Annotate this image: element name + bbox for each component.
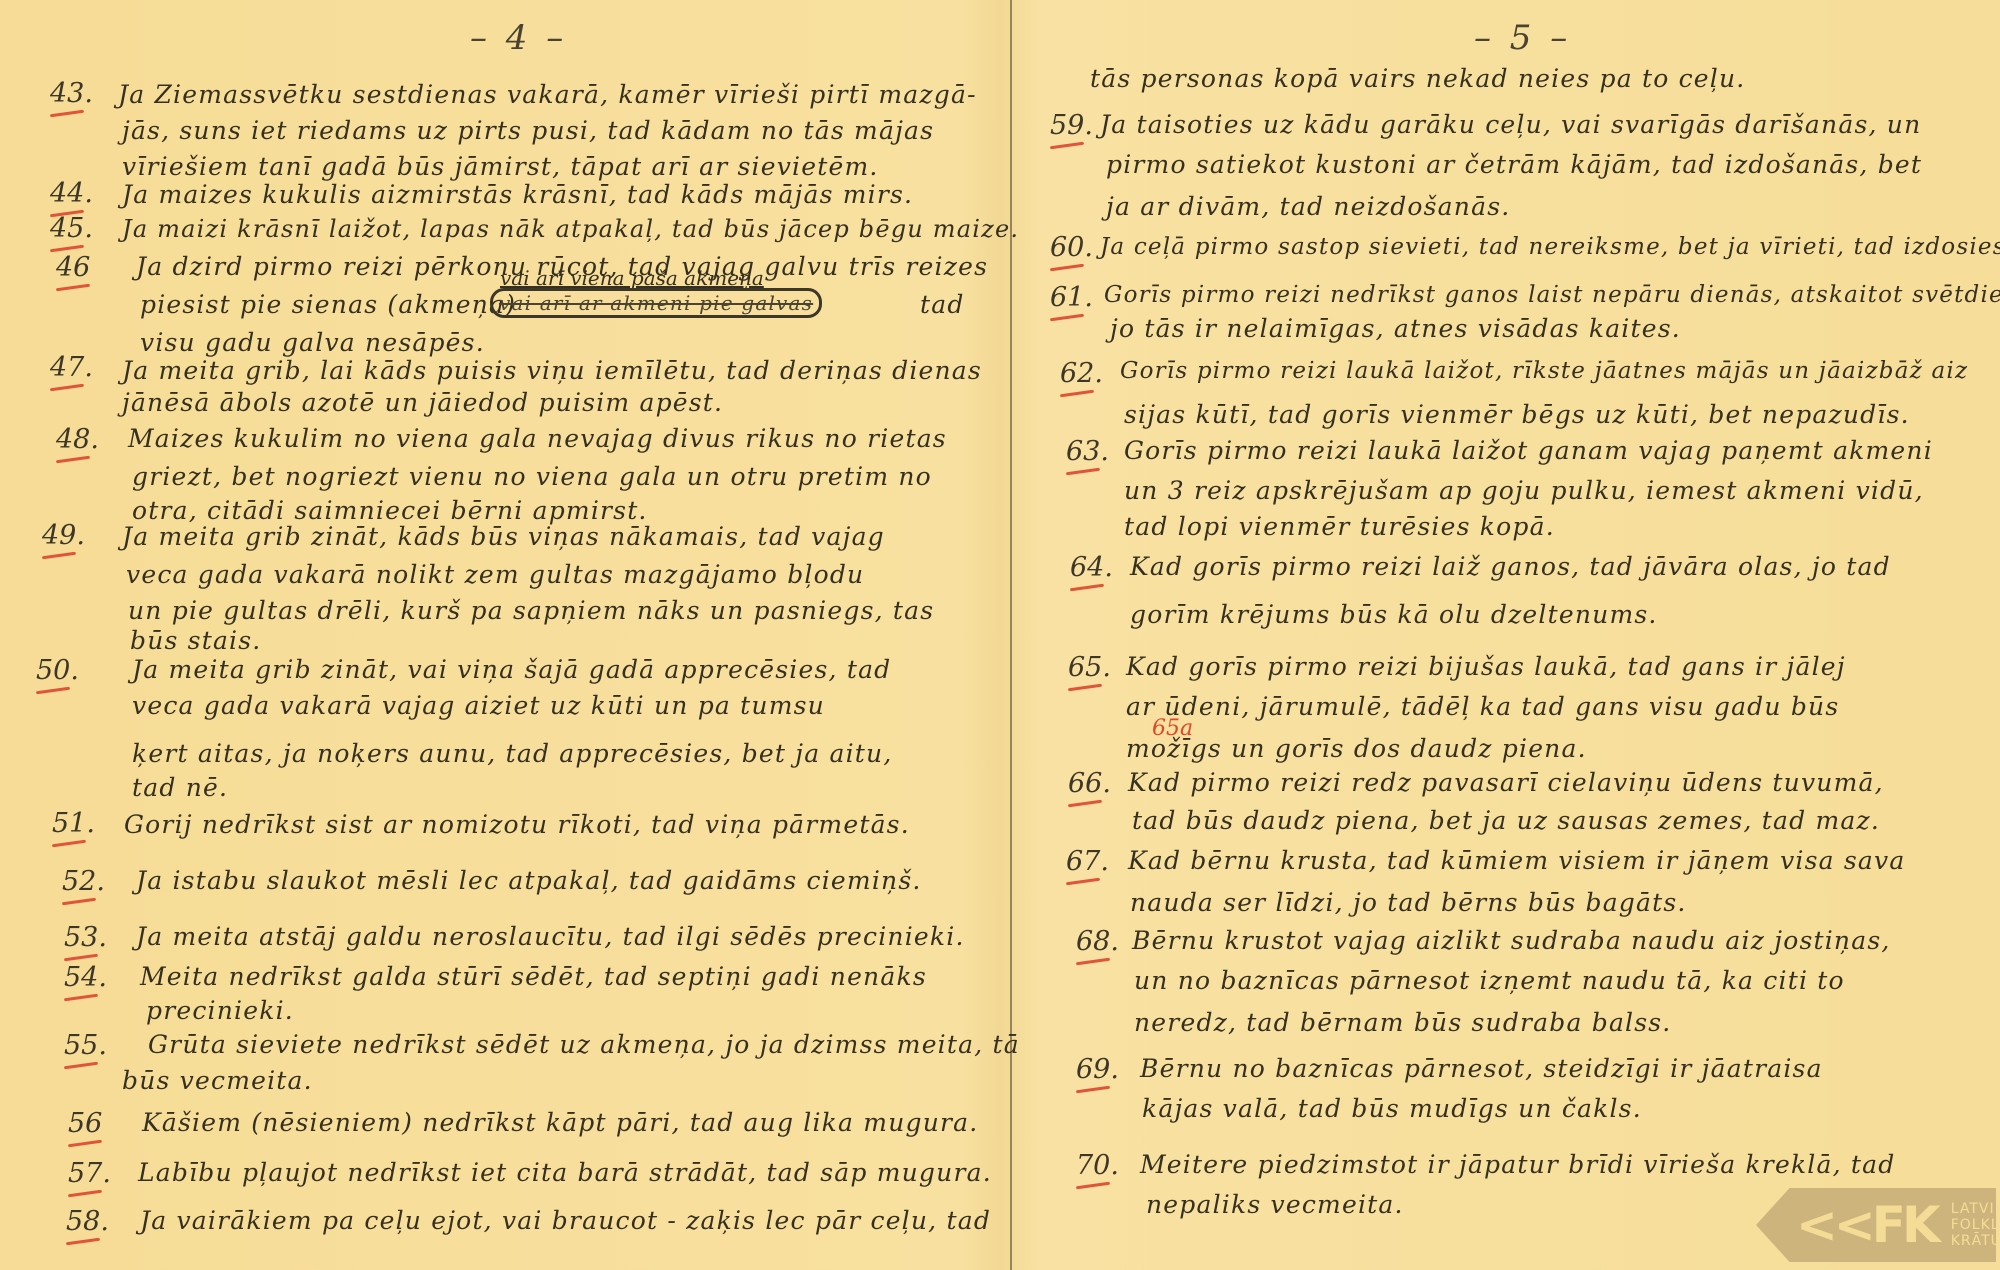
entry-line: veca gada vakarā vajag aiziet uz kūti un… — [132, 691, 825, 720]
entry-line: ar ūdeni, jārumulē, tādēļ ka tad gans vi… — [1126, 692, 1839, 721]
page-number: – 5 – — [1474, 18, 1571, 58]
entry-line: Kad gorīs pirmo reizi bijušas laukā, tad… — [1126, 652, 1846, 681]
entry-line: otra, citādi saimniecei bērni apmirst. — [132, 496, 648, 525]
entry-line: Meita nedrīkst galda stūrī sēdēt, tad se… — [140, 962, 927, 991]
entry-line: Kad bērnu krusta, tad kūmiem visiem ir j… — [1128, 846, 1905, 875]
entry-line: Ja taisoties uz kādu garāku ceļu, vai sv… — [1100, 110, 1921, 139]
inserted-text: vai arī viena paša akmeņa — [500, 266, 764, 290]
entry-line: pirmo satiekot kustoni ar četrām kājām, … — [1106, 150, 1922, 179]
entry-line: Ja ceļā pirmo sastop sievieti, tad nerei… — [1100, 234, 2000, 260]
entry-line: Bērnu no baznīcas pārnesot, steidzīgi ir… — [1140, 1054, 1823, 1083]
entry-line: Kad pirmo reizi redz pavasarī cielaviņu … — [1128, 768, 1884, 797]
entry-line: precinieki. — [146, 996, 294, 1025]
entry-line: jānēsā ābols azotē un jāiedod puisim apē… — [122, 388, 723, 417]
entry-number: 48. — [56, 424, 99, 455]
entry-line: visu gadu galva nesāpēs. — [140, 328, 485, 357]
archive-name-line: FOLKLORAS — [1951, 1217, 2000, 1233]
entry-line: Gorij nedrīkst sist ar nomizotu rīkoti, … — [124, 810, 910, 839]
entry-number: 52. — [62, 866, 105, 897]
entry-line: un 3 reiz apskrējušam ap goju pulku, iem… — [1124, 476, 1924, 505]
entry-number: 45. — [50, 213, 93, 244]
entry-line: ja ar divām, tad neizdošanās. — [1106, 192, 1510, 221]
entry-number: 68. — [1076, 926, 1119, 957]
entry-line: griezt, bet nogriezt vienu no viena gala… — [132, 462, 932, 491]
entry-line: būs vecmeita. — [122, 1066, 313, 1095]
entry-number: 67. — [1066, 846, 1109, 877]
entry-line: Gorīs pirmo reizi laukā laižot, rīkste j… — [1120, 358, 1968, 384]
archive-name: LATVIEŠU FOLKLORAS KRĀTUVE — [1951, 1201, 2000, 1249]
entry-line: jo tās ir nelaimīgas, atnes visādas kait… — [1110, 314, 1681, 343]
entry-line: Ja meita grib zināt, vai viņa šajā gadā … — [132, 655, 891, 684]
entry-line: Kāšiem (nēsieniem) nedrīkst kāpt pāri, t… — [142, 1108, 978, 1137]
archive-watermark-logo: <<FK LATVIEŠU FOLKLORAS KRĀTUVE — [1756, 1188, 1996, 1262]
entry-line: piesist pie sienas (akmeņa) — [140, 290, 516, 319]
entry-line: Gorīs pirmo reizi nedrīkst ganos laist n… — [1104, 282, 2000, 308]
entry-line: Ja Ziemassvētku sestdienas vakarā, kamēr… — [118, 80, 977, 109]
entry-line: veca gada vakarā nolikt zem gultas mazgā… — [126, 560, 864, 589]
entry-line: Ja vairākiem pa ceļu ejot, vai braucot -… — [140, 1206, 991, 1235]
entry-line: tad būs daudz piena, bet ja uz sausas ze… — [1132, 806, 1880, 835]
entry-number: 49. — [42, 520, 85, 551]
entry-line: un no baznīcas pārnesot izņemt naudu tā,… — [1134, 966, 1845, 995]
entry-line: Meitere piedzimstot ir jāpatur brīdi vīr… — [1140, 1150, 1895, 1179]
lfk-logo-icon: <<FK — [1796, 1196, 1937, 1254]
entry-line: gorīm krējums būs kā olu dzeltenums. — [1130, 600, 1658, 629]
entry-line: vīriešiem tanī gadā būs jāmirst, tāpat a… — [122, 152, 879, 181]
entry-line: Labību pļaujot nedrīkst iet cita barā st… — [138, 1158, 992, 1187]
entry-line: Ja meita grib, lai kāds puisis viņu iemī… — [122, 356, 982, 385]
entry-line: Grūta sieviete nedrīkst sēdēt uz akmeņa,… — [148, 1030, 1020, 1059]
entry-line: tad — [920, 290, 965, 319]
entry-line: Bērnu krustot vajag aizlikt sudraba naud… — [1132, 926, 1891, 955]
entry-line: un pie gultas drēli, kurš pa sapņiem nāk… — [128, 596, 934, 625]
entry-number: 51. — [52, 808, 95, 839]
entry-line: sijas kūtī, tad gorīs vienmēr bēgs uz kū… — [1124, 400, 1910, 429]
entry-line: Ja meita atstāj galdu neroslaucītu, tad … — [136, 922, 965, 951]
entry-number: 50. — [36, 655, 79, 686]
entry-number: 65. — [1068, 652, 1111, 683]
entry-number: 70. — [1076, 1150, 1119, 1181]
entry-line: tad lopi vienmēr turēsies kopā. — [1124, 512, 1555, 541]
continuation-line: tās personas kopā vairs nekad neies pa t… — [1090, 64, 1745, 93]
struck-out-text-wrap: vai arī ar akmeni pie galvas — [490, 288, 822, 318]
entry-number: 46 — [56, 252, 90, 283]
entry-number: 63. — [1066, 436, 1109, 467]
struck-out-text: vai arī ar akmeni pie galvas — [490, 288, 822, 318]
archive-name-line: KRĀTUVE — [1951, 1233, 2000, 1249]
entry-line: Ja maizes kukulis aizmirstās krāsnī, tad… — [122, 180, 913, 209]
right-page: – 5 – tās personas kopā vairs nekad neie… — [1014, 0, 2000, 1270]
entry-number: 62. — [1060, 358, 1103, 389]
entry-line: Gorīs pirmo reizi laukā laižot ganam vaj… — [1124, 436, 1933, 465]
entry-number: 64. — [1070, 552, 1113, 583]
entry-number: 56 — [68, 1108, 102, 1139]
entry-line: nauda ser līdzi, jo tad bērns būs bagāts… — [1130, 888, 1687, 917]
entry-line: tad nē. — [132, 773, 228, 802]
entry-number: 69. — [1076, 1054, 1119, 1085]
entry-line: nepaliks vecmeita. — [1146, 1190, 1404, 1219]
entry-number: 57. — [68, 1158, 111, 1189]
entry-line: būs stais. — [130, 626, 261, 655]
entry-number: 43. — [50, 78, 93, 109]
entry-line: Ja meita grib zināt, kāds būs viņas nāka… — [122, 522, 885, 551]
entry-line: Ja maizi krāsnī laižot, lapas nāk atpaka… — [122, 215, 1019, 243]
entry-number: 55. — [64, 1030, 107, 1061]
entry-number: 66. — [1068, 768, 1111, 799]
entry-number: 59. — [1050, 110, 1093, 141]
page-number: – 4 – — [470, 18, 567, 58]
entry-number: 60. — [1050, 232, 1093, 263]
entry-line: možīgs un gorīs dos daudz piena. — [1126, 734, 1587, 763]
entry-line: Kad gorīs pirmo reizi laiž ganos, tad jā… — [1130, 552, 1891, 581]
page-gutter — [1010, 0, 1012, 1270]
entry-number: 47. — [50, 352, 93, 383]
entry-number: 61. — [1050, 282, 1093, 313]
entry-line: ķert aitas, ja noķers aunu, tad apprecēs… — [132, 739, 892, 768]
entry-line: Ja istabu slaukot mēsli lec atpakaļ, tad… — [136, 866, 922, 895]
archive-name-line: LATVIEŠU — [1951, 1201, 2000, 1217]
entry-line: kājas valā, tad būs mudīgs un čakls. — [1142, 1094, 1642, 1123]
left-page: – 4 – 43. Ja Ziemassvētku sestdienas vak… — [0, 0, 1008, 1270]
entry-line: jās, suns iet riedams uz pirts pusi, tad… — [122, 116, 934, 145]
entry-number: 44. — [50, 178, 93, 209]
manuscript-spread: – 4 – 43. Ja Ziemassvētku sestdienas vak… — [0, 0, 2000, 1270]
entry-number: 54. — [64, 962, 107, 993]
entry-line: neredz, tad bērnam būs sudraba balss. — [1134, 1008, 1671, 1037]
entry-number: 53. — [64, 922, 107, 953]
entry-number: 58. — [66, 1206, 109, 1237]
entry-line: Maizes kukulim no viena gala nevajag div… — [128, 424, 947, 453]
